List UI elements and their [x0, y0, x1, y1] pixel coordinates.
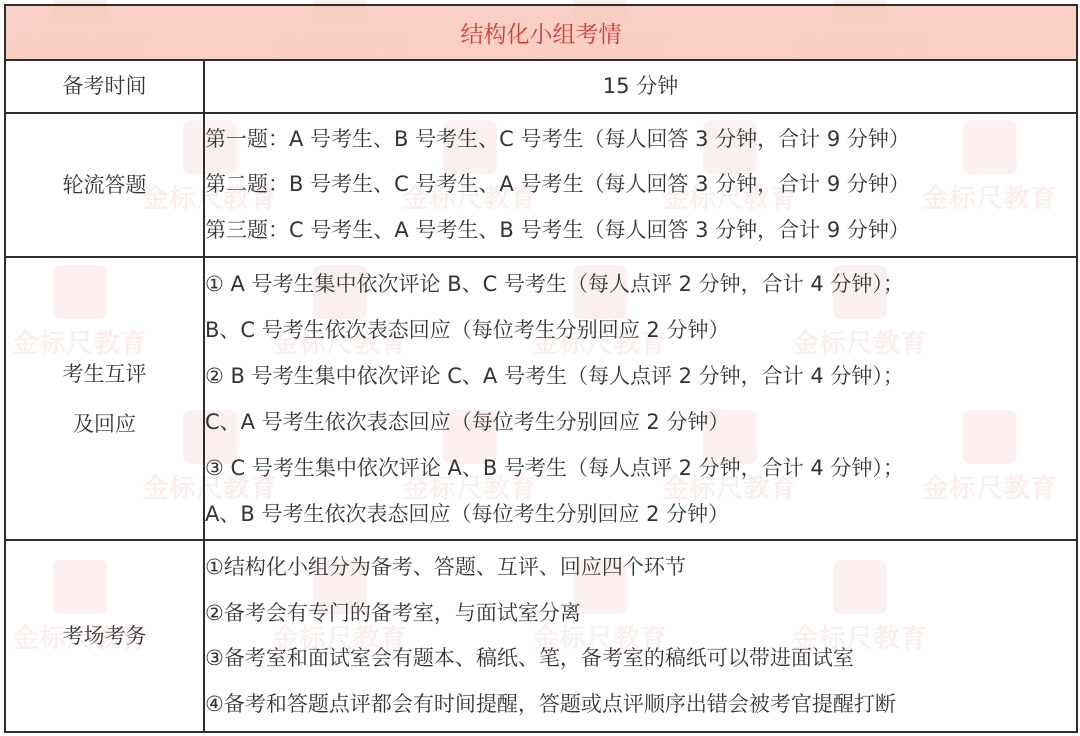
list-item: ③备考室和面试室会有题本、稿纸、笔，备考室的稿纸可以带进面试室: [205, 636, 1076, 682]
list-item: C、A 号考生依次表态回应（每位考生分别回应 2 分钟）: [205, 399, 1076, 445]
table-title: 结构化小组考情: [5, 5, 1077, 60]
list-item: 第一题：A 号考生、B 号考生、C 号考生（每人回答 3 分钟，合计 9 分钟）: [205, 117, 1076, 163]
list-item: 第三题：C 号考生、A 号考生、B 号考生（每人回答 3 分钟，合计 9 分钟）: [205, 208, 1076, 254]
exam-info-table: 结构化小组考情 备考时间 15 分钟 轮流答题 第一题：A 号考生、B 号考生、…: [4, 4, 1078, 733]
table-row-prep-time: 备考时间 15 分钟: [5, 60, 1077, 114]
row-value: ①结构化小组分为备考、答题、互评、回应四个环节 ②备考会有专门的备考室，与面试室…: [204, 540, 1077, 732]
row-label: 考生互评 及回应: [5, 257, 204, 540]
list-item: ①结构化小组分为备考、答题、互评、回应四个环节: [205, 545, 1076, 591]
list-item: 第二题：B 号考生、C 号考生、A 号考生（每人回答 3 分钟，合计 9 分钟）: [205, 162, 1076, 208]
row-value: 15 分钟: [204, 60, 1077, 114]
row-label: 轮流答题: [5, 113, 204, 257]
row-value: 第一题：A 号考生、B 号考生、C 号考生（每人回答 3 分钟，合计 9 分钟）…: [204, 113, 1077, 257]
list-item: B、C 号考生依次表态回应（每位考生分别回应 2 分钟）: [205, 307, 1076, 353]
row-label: 考场考务: [5, 540, 204, 732]
row-label: 备考时间: [5, 60, 204, 114]
table-row-peer-review: 考生互评 及回应 ① A 号考生集中依次评论 B、C 号考生（每人点评 2 分钟…: [5, 257, 1077, 540]
list-item: A、B 号考生依次表态回应（每位考生分别回应 2 分钟）: [205, 491, 1076, 537]
row-value: ① A 号考生集中依次评论 B、C 号考生（每人点评 2 分钟，合计 4 分钟）…: [204, 257, 1077, 540]
table-row-answering: 轮流答题 第一题：A 号考生、B 号考生、C 号考生（每人回答 3 分钟，合计 …: [5, 113, 1077, 257]
list-item: ④备考和答题点评都会有时间提醒，答题或点评顺序出错会被考官提醒打断: [205, 682, 1076, 728]
list-item: ③ C 号考生集中依次评论 A、B 号考生（每人点评 2 分钟，合计 4 分钟）…: [205, 445, 1076, 491]
table-row-exam-affairs: 考场考务 ①结构化小组分为备考、答题、互评、回应四个环节 ②备考会有专门的备考室…: [5, 540, 1077, 732]
list-item: ②备考会有专门的备考室，与面试室分离: [205, 591, 1076, 637]
list-item: ① A 号考生集中依次评论 B、C 号考生（每人点评 2 分钟，合计 4 分钟）…: [205, 261, 1076, 307]
list-item: ② B 号考生集中依次评论 C、A 号考生（每人点评 2 分钟，合计 4 分钟）…: [205, 353, 1076, 399]
